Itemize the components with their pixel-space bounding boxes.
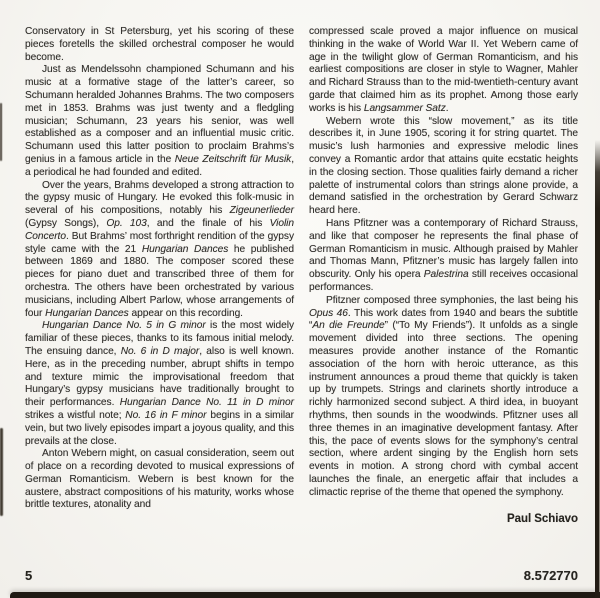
italic-text-run: Zigeunerlieder xyxy=(230,205,294,216)
text-run: ” (“To My Friends”). It unfolds as a sin… xyxy=(309,320,578,497)
paragraph: Pfitzner composed three symphonies, the … xyxy=(309,295,578,500)
paragraph: Over the years, Brahms developed a stron… xyxy=(25,180,294,321)
text-run: Webern wrote this “slow movement,” as it… xyxy=(309,116,578,217)
italic-text-run: Palestrina xyxy=(424,269,469,280)
paragraph: Anton Webern might, on casual considerat… xyxy=(25,448,294,512)
italic-text-run: Hungarian Dance No. 11 in D minor xyxy=(120,397,294,408)
text-run: , and the finale of his xyxy=(147,218,270,229)
italic-text-run: Op. 103 xyxy=(106,218,146,229)
italic-text-run: Hungarian Dances xyxy=(142,244,228,255)
paragraph: Webern wrote this “slow movement,” as it… xyxy=(309,116,578,218)
italic-text-run: An die Freunde xyxy=(312,320,384,331)
italic-text-run: No. 6 in D major xyxy=(121,346,200,357)
page-content: Conservatory in St Petersburg, yet his s… xyxy=(25,26,578,526)
paragraph: compressed scale proved a major influenc… xyxy=(309,26,578,116)
text-run: Just as Mendelssohn championed Schumann … xyxy=(25,64,294,165)
italic-text-run: Langsammer Satz xyxy=(364,103,446,114)
booklet-page: Conservatory in St Petersburg, yet his s… xyxy=(0,0,600,598)
scan-edge-bottom xyxy=(10,592,600,598)
italic-text-run: Opus 46 xyxy=(309,308,348,319)
text-run: compressed scale proved a major influenc… xyxy=(309,26,578,114)
text-run: (Gypsy Songs), xyxy=(25,218,106,229)
paragraph: Just as Mendelssohn championed Schumann … xyxy=(25,64,294,179)
text-run: Conservatory in St Petersburg, yet his s… xyxy=(25,26,294,63)
page-footer: 5 8.572770 xyxy=(25,568,578,583)
italic-text-run: No. 16 in F minor xyxy=(125,410,206,421)
italic-text-run: Hungarian Dances xyxy=(45,308,129,319)
right-column-paragraphs: compressed scale proved a major influenc… xyxy=(309,26,578,499)
page-number: 5 xyxy=(25,568,32,583)
left-column: Conservatory in St Petersburg, yet his s… xyxy=(25,26,294,526)
scan-edge-left-mark-top xyxy=(0,103,2,161)
italic-text-run: Neue Zeitschrift für Musik xyxy=(175,154,291,165)
text-run: . xyxy=(446,103,449,114)
paragraph: Conservatory in St Petersburg, yet his s… xyxy=(25,26,294,64)
text-run: Pfitzner composed three symphonies, the … xyxy=(326,295,578,306)
text-run: Anton Webern might, on casual considerat… xyxy=(25,448,294,510)
author-signature: Paul Schiavo xyxy=(309,513,578,526)
italic-text-run: Hungarian Dance No. 5 in G minor xyxy=(42,320,206,331)
paragraph: Hungarian Dance No. 5 in G minor is the … xyxy=(25,320,294,448)
scan-edge-left-mark-bottom xyxy=(0,428,3,516)
paragraph: Hans Pfitzner was a contemporary of Rich… xyxy=(309,218,578,295)
text-run: strikes a wistful note; xyxy=(25,410,125,421)
text-run: appear on this recording. xyxy=(129,308,243,319)
right-column: compressed scale proved a major influenc… xyxy=(309,26,578,526)
catalog-number: 8.572770 xyxy=(524,568,578,583)
